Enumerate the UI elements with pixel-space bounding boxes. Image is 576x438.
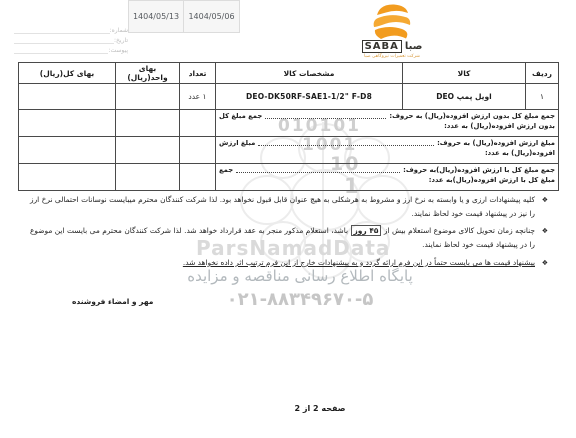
diamond-bullet-icon: ❖ [542, 194, 548, 207]
note-delivery-before: چنانچه زمان تحویل کالای موضوع استعلام بی… [381, 226, 535, 235]
sum-without-vat-label: جمع مبلغ کل بدون ارزش افزوده(ریال) به حر… [216, 110, 559, 137]
col-header-item: کالا [403, 63, 526, 84]
note-currency-terms: ❖ کلیه پیشنهادات ارزی و یا وابسته به نرخ… [30, 193, 548, 220]
diamond-bullet-icon: ❖ [542, 225, 548, 238]
item-row-number: ۱ [526, 84, 559, 110]
note-delivery-terms: ❖ چنانچه زمان تحویل کالای موضوع استعلام … [30, 224, 548, 251]
ref-date-line [14, 43, 114, 44]
seller-signature-label: مهر و امضاء فروشنده [72, 297, 153, 306]
sum2-words-label: مبلغ ارزش افزوده(ریال) به حروف: [437, 138, 555, 148]
note-form-text: پیشنهاد قیمت ها می بایست حتماً در این فر… [183, 258, 535, 267]
sum-row-with-vat: جمع مبلغ کل با ارزش افزوده(ریال)به حروف:… [19, 164, 559, 191]
ref-number-line [14, 33, 110, 34]
vat-amount-label: مبلغ ارزش افزوده(ریال) به حروف: مبلغ ارز… [216, 137, 559, 164]
saba-swirl-icon [369, 2, 415, 40]
sum2-dotted-line [258, 145, 434, 146]
date-cell-deadline: 1404/05/13 [128, 0, 184, 33]
sum1-qty-cell [180, 110, 216, 137]
sum-row-vat-amount: مبلغ ارزش افزوده(ریال) به حروف: مبلغ ارز… [19, 137, 559, 164]
sum3-wrap-text: جمع [219, 165, 233, 175]
sum3-dotted-line [236, 172, 400, 173]
item-unit-price [116, 84, 180, 110]
item-name: اویل پمپ DEO [403, 84, 526, 110]
note-currency-text: کلیه پیشنهادات ارزی و یا وابسته به نرخ ا… [30, 195, 535, 218]
sum3-unit-cell [116, 164, 180, 191]
diamond-bullet-icon: ❖ [542, 257, 548, 270]
item-total-price [19, 84, 116, 110]
sum2-qty-cell [180, 137, 216, 164]
sum3-total-cell [19, 164, 116, 191]
col-header-row-number: ردیف [526, 63, 559, 84]
page-number: صفحه 2 از 2 [0, 404, 576, 413]
sum-row-without-vat: جمع مبلغ کل بدون ارزش افزوده(ریال) به حر… [19, 110, 559, 137]
sum3-words-label: جمع مبلغ کل با ارزش افزوده(ریال)به حروف: [403, 165, 555, 175]
saba-latin-text: SABA [362, 40, 402, 53]
sum1-wrap-text: جمع مبلغ کل [219, 111, 262, 121]
sum3-digits-label: مبلغ کل با ارزش افزوده(ریال)به عدد: [219, 175, 555, 186]
ref-attachment-row: پیوست: [12, 44, 128, 54]
sum2-digits-label: افزوده(ریال) به عدد: [219, 148, 555, 159]
sum-with-vat-label: جمع مبلغ کل با ارزش افزوده(ریال)به حروف:… [216, 164, 559, 191]
inquiry-form-page: 010101 1001 10 1 ParsNamadData پایگاه اط… [0, 0, 576, 438]
table-header-row: ردیف کالا مشخصات کالا تعداد بهای واحد(ری… [19, 63, 559, 84]
sum1-total-cell [19, 110, 116, 137]
item-row: ۱ اویل پمپ DEO DEO-DK50RF-SAE1-1/2" F-D8… [19, 84, 559, 110]
note-delivery-days-boxed: ۴۵ روز [351, 225, 382, 236]
col-header-qty: تعداد [180, 63, 216, 84]
item-qty: ۱ عدد [180, 84, 216, 110]
ref-attachment-label: پیوست: [108, 47, 128, 54]
ref-number-label: شماره: [110, 27, 128, 34]
ref-number-row: شماره: [12, 24, 128, 34]
note-form-requirement: ❖ پیشنهاد قیمت ها می بایست حتماً در این … [30, 256, 548, 270]
saba-wordmark: SABA صبا [333, 40, 451, 53]
col-header-total-price: بهای کل(ریال) [19, 63, 116, 84]
sum3-qty-cell [180, 164, 216, 191]
col-header-spec: مشخصات کالا [216, 63, 403, 84]
date-cell-issue: 1404/05/06 [184, 0, 240, 33]
items-table: ردیف کالا مشخصات کالا تعداد بهای واحد(ری… [18, 62, 559, 191]
col-header-unit-price: بهای واحد(ریال) [116, 63, 180, 84]
phone-watermark: ۰۲۱-۸۸۳۴۹۶۷۰-۵ [140, 289, 460, 310]
sum1-words-label: جمع مبلغ کل بدون ارزش افزوده(ریال) به حر… [389, 111, 555, 121]
saba-farsi-text: صبا [405, 41, 423, 52]
sum1-digits-label: بدون ارزش افزوده(ریال) به عدد: [219, 121, 555, 132]
saba-tagline: شرکت تعمیرات نیروگاهی صبا [333, 54, 451, 59]
ref-attachment-line [14, 53, 108, 54]
item-spec: DEO-DK50RF-SAE1-1/2" F-D8 [216, 84, 403, 110]
terms-notes: ❖ کلیه پیشنهادات ارزی و یا وابسته به نرخ… [30, 193, 548, 273]
ref-date-label: تاریخ: [114, 37, 128, 44]
sum2-wrap-text: مبلغ ارزش [219, 138, 255, 148]
ref-date-row: تاریخ: [12, 34, 128, 44]
reference-fields: شماره: تاریخ: پیوست: [12, 24, 128, 54]
sum1-unit-cell [116, 110, 180, 137]
date-cells: 1404/05/13 1404/05/06 [128, 0, 240, 33]
sum2-total-cell [19, 137, 116, 164]
sum2-unit-cell [116, 137, 180, 164]
sum1-dotted-line [265, 118, 386, 119]
saba-logo: SABA صبا شرکت تعمیرات نیروگاهی صبا [333, 2, 451, 59]
